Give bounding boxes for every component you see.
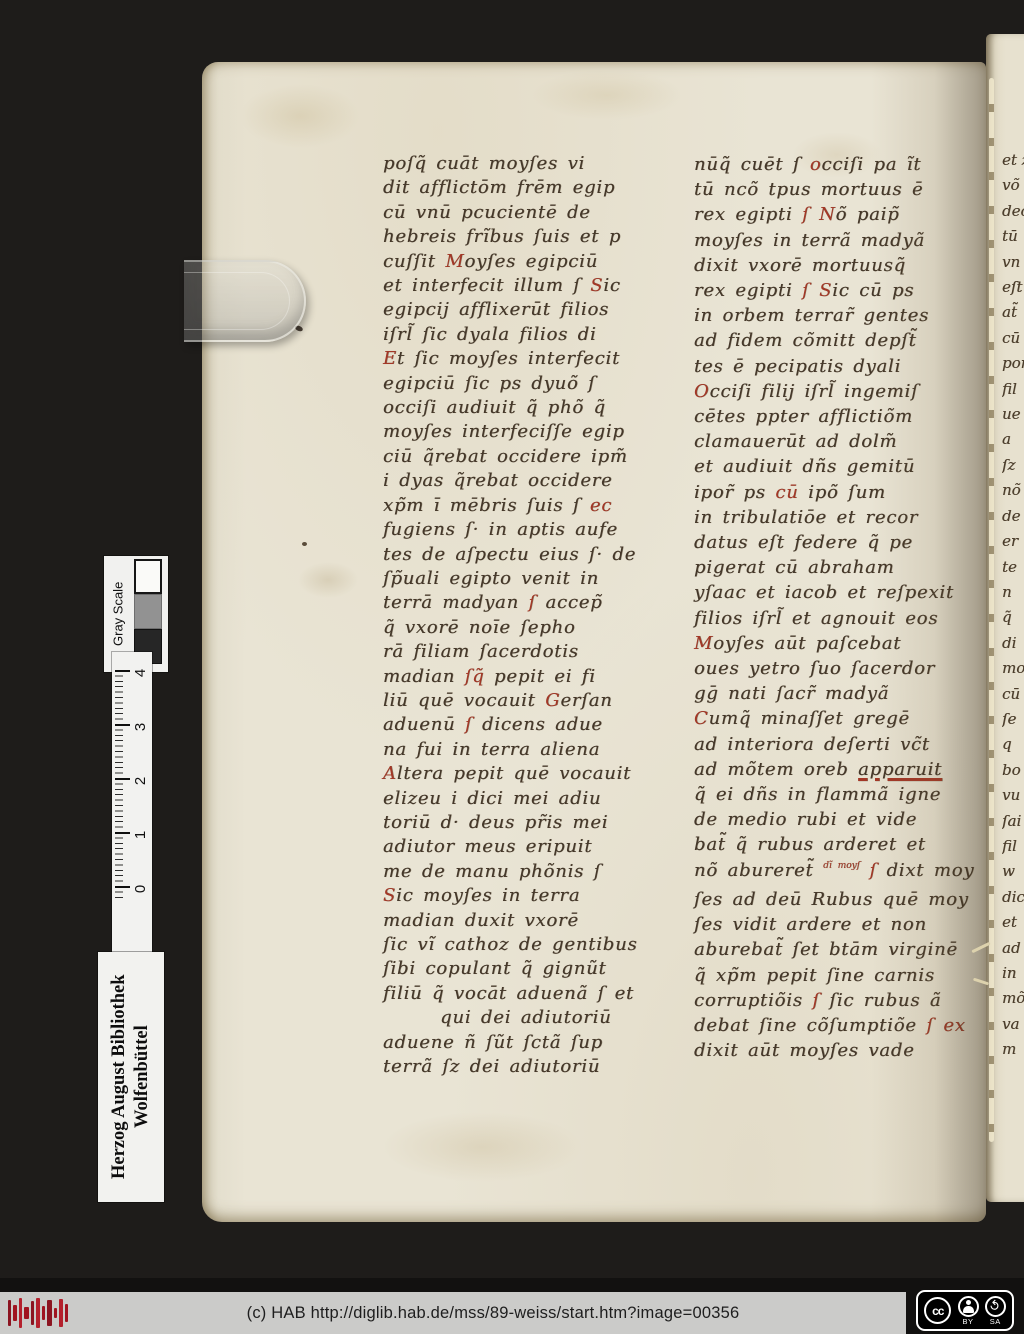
manuscript-line: aduenū ſ dicens adue — [383, 713, 675, 737]
edge-text-fragment: fil — [1002, 834, 1024, 859]
edge-text-fragment: mõ — [1002, 986, 1024, 1011]
manuscript-line: clamauerūt ad dolm̃ — [694, 429, 986, 454]
manuscript-line: terrā madyan ſ accep̃ — [383, 591, 675, 615]
manuscript-line: ſes ad deū Rubus quē moy — [694, 887, 986, 912]
edge-text-fragment: ſe — [1002, 707, 1024, 732]
manuscript-line: toriū d· deus pr̃is mei — [383, 811, 675, 835]
edge-text-fragment: di — [1002, 631, 1024, 656]
manuscript-line: in orbem terrar̃ gentes — [694, 303, 986, 328]
edge-text-fragment: at̃ — [1002, 300, 1024, 325]
manuscript-line: ſp̃uali egipto venit in — [383, 567, 675, 591]
manuscript-line: madian ſq̃ pepit ei fi — [383, 665, 675, 689]
manuscript-line: nõ abureret̃ dĩ moyſ ſ dixt moy — [694, 858, 986, 887]
manuscript-line: ad fidem cõmitt depſt̃ — [694, 328, 986, 353]
measurement-ruler: 43210 — [112, 652, 152, 952]
manuscript-line: gḡ nati ſacr̃ madyã — [694, 681, 986, 706]
manuscript-line: i dyas q̃rebat occidere — [383, 469, 675, 493]
manuscript-line: aduene ñ ſũt ſctã ſup — [383, 1031, 675, 1055]
edge-text-fragment: a — [1002, 427, 1024, 452]
edge-text-fragment: ad — [1002, 936, 1024, 961]
manuscript-line: cētes ppter afflictiõm — [694, 404, 986, 429]
manuscript-line: ſes vidit ardere et non — [694, 912, 986, 937]
text-column-left: poſq̃ cuāt moyſes vidit afflictōm frēm e… — [383, 152, 675, 1079]
edge-text-fragment: vn — [1002, 250, 1024, 275]
manuscript-line: na fui in terra aliena — [383, 738, 675, 762]
ink-speck — [302, 542, 307, 546]
edge-text-fragment: eſt — [1002, 275, 1024, 300]
library-label-text: Herzog August Bibliothek Wolfenbüttel — [98, 952, 164, 1202]
parchment-stain — [532, 70, 682, 120]
cc-by-person-icon — [958, 1296, 979, 1317]
manuscript-line: iſrl̃ ſic dyala filios di — [383, 323, 675, 347]
manuscript-line: ciū q̃rebat occidere ipm̃ — [383, 445, 675, 469]
edge-text-fragment: cū — [1002, 682, 1024, 707]
manuscript-line: tū ncõ tpus mortuus ē — [694, 177, 986, 202]
edge-text-fragment: cū — [1002, 326, 1024, 351]
library-label: Herzog August Bibliothek Wolfenbüttel — [98, 952, 164, 1202]
hab-barcode-icon — [8, 1298, 68, 1328]
edge-text-fragment: va — [1002, 1012, 1024, 1037]
gray-scale-square-gray — [134, 594, 162, 629]
edge-text-fragment: fil — [1002, 377, 1024, 402]
manuscript-line: dit afflictōm frēm egip — [383, 176, 675, 200]
manuscript-line: filios iſrl̃ et agnouit eos — [694, 606, 986, 631]
manuscript-line: tes de aſpectu eius ſ· de — [383, 543, 675, 567]
manuscript-line: pigerat cū abraham — [694, 555, 986, 580]
cc-license-badge: cc BY ↺ SA — [916, 1290, 1014, 1331]
manuscript-line: Occiſi filij iſrl̃ ingemiſ — [694, 379, 986, 404]
manuscript-line: moyſes in terrã madyã — [694, 228, 986, 253]
manuscript-line: Cumq̃ minaſſet gregē — [694, 706, 986, 731]
manuscript-line: dixit aūt moyſes vade — [694, 1038, 986, 1063]
manuscript-line: terrã ſz dei adiutoriū — [383, 1055, 675, 1079]
manuscript-line: tes ē pecipatis dyali — [694, 354, 986, 379]
manuscript-line: dixit vxorē mortuusq̃ — [694, 253, 986, 278]
manuscript-line: Moyſes aūt paſcebat — [694, 631, 986, 656]
manuscript-line: rex egipti ſ Nõ paip̃ — [694, 202, 986, 227]
manuscript-line: in tribulatiōe et recor — [694, 505, 986, 530]
ruler-number: 4 — [132, 664, 150, 682]
manuscript-line: q̃ vxorē noīe ſepho — [383, 616, 675, 640]
cc-by-item: BY — [958, 1296, 979, 1325]
edge-text-fragment: et — [1002, 910, 1024, 935]
ruler-ticks — [115, 670, 130, 898]
manuscript-line: corruptiõis ſ ſic rubus ã — [694, 988, 986, 1013]
manuscript-line: Et ſic moyſes interfecit — [383, 347, 675, 371]
manuscript-line: Sic moyſes in terra — [383, 884, 675, 908]
manuscript-line: adiutor meus eripuit — [383, 835, 675, 859]
edge-text-fragment: er — [1002, 529, 1024, 554]
edge-text-fragment: te — [1002, 555, 1024, 580]
cc-sa-arrow-icon: ↺ — [985, 1296, 1006, 1317]
edge-text-fragment: por — [1002, 351, 1024, 376]
edge-text-fragment: ue — [1002, 402, 1024, 427]
edge-text-fragment: w — [1002, 859, 1024, 884]
library-name: Herzog August Bibliothek — [109, 975, 129, 1180]
manuscript-line: ipor̃ ps cū ipõ ſum — [694, 480, 986, 505]
scan-viewer: { "scan": { "gray_scale_label": "Gray Sc… — [0, 0, 1024, 1334]
binding-stitch-seam — [989, 78, 994, 1142]
edge-text-fragment: bo — [1002, 758, 1024, 783]
manuscript-line: cū vnū pcucientē de — [383, 201, 675, 225]
edge-text-fragment: nõ — [1002, 478, 1024, 503]
manuscript-line: me de manu phõnis ſ — [383, 860, 675, 884]
edge-text-fragment: q — [1002, 732, 1024, 757]
adjacent-page-edge: et zvõdectūvneſtat̃cūporfilueaſznõdeerte… — [986, 34, 1024, 1202]
edge-text-fragment: ſz — [1002, 453, 1024, 478]
manuscript-line: madian duxit vxorē — [383, 909, 675, 933]
manuscript-line: hebreis frĩbus ſuis et p — [383, 225, 675, 249]
page-holder-clip — [184, 260, 306, 342]
parchment-stain — [298, 562, 358, 598]
ruler-number: 2 — [132, 772, 150, 790]
parchment-stain — [382, 1112, 582, 1182]
manuscript-line: nūq̃ cuēt ſ occiſi pa ĩt — [694, 152, 986, 177]
manuscript-line: cuſſit Moyſes egipciū — [383, 250, 675, 274]
parchment-stain — [240, 84, 360, 148]
text-column-right: nūq̃ cuēt ſ occiſi pa ĩttū ncõ tpus mort… — [694, 152, 986, 1063]
edge-text-fragment: q̃ — [1002, 605, 1024, 630]
manuscript-line: xp̃m ī mēbris ſuis ſ ec — [383, 494, 675, 518]
edge-text-fragment: m — [1002, 1037, 1024, 1062]
manuscript-line: liū quē vocauit Gerſan — [383, 689, 675, 713]
ruler-number: 3 — [132, 718, 150, 736]
edge-text-fragment: mo — [1002, 656, 1024, 681]
manuscript-line: datus eſt federe q̃ pe — [694, 530, 986, 555]
manuscript-line: ad interiora deſerti vc̃t — [694, 732, 986, 757]
edge-text-fragment: dic — [1002, 885, 1024, 910]
cc-sa-label: SA — [990, 1318, 1001, 1325]
edge-text-fragment: et z — [1002, 148, 1024, 173]
edge-text-fragment: de — [1002, 504, 1024, 529]
manuscript-line: oues yetro ſuo ſacerdor — [694, 656, 986, 681]
credit-text: (c) HAB http://diglib.hab.de/mss/89-weis… — [90, 1292, 896, 1334]
manuscript-line: egipcij afflixerūt filios — [383, 298, 675, 322]
ruler-numbers: 43210 — [132, 662, 150, 894]
manuscript-line: ſibi copulant q̃ gignũt — [383, 957, 675, 981]
gray-scale-squares — [134, 559, 164, 664]
edge-text-fragment: ſai — [1002, 809, 1024, 834]
manuscript-line: aburebat̃ ſet btām virginē — [694, 937, 986, 962]
manuscript-line: occiſi audiuit q̃ phõ q̃ — [383, 396, 675, 420]
manuscript-line: elizeu i dici mei adiu — [383, 787, 675, 811]
manuscript-line: poſq̃ cuāt moyſes vi — [383, 152, 675, 176]
manuscript-line: et audiuit dñs gemitū — [694, 454, 986, 479]
gray-scale-square-white — [134, 559, 162, 594]
manuscript-line: q̃ xp̃m pepit ſine carnis — [694, 963, 986, 988]
cc-by-label: BY — [962, 1318, 973, 1325]
adjacent-page-text: et zvõdectūvneſtat̃cūporfilueaſznõdeerte… — [1002, 148, 1024, 1088]
footer-credit-bar: (c) HAB http://diglib.hab.de/mss/89-weis… — [0, 1292, 906, 1334]
manuscript-line: q̃ ei dñs in flammã igne — [694, 782, 986, 807]
manuscript-line: fugiens ſ· in aptis aufe — [383, 518, 675, 542]
edge-text-fragment: tū — [1002, 224, 1024, 249]
manuscript-line: debat ſine cõſumptiõe ſ ex — [694, 1013, 986, 1038]
manuscript-line: yſaac et iacob et reſpexit — [694, 580, 986, 605]
edge-text-fragment: in — [1002, 961, 1024, 986]
ruler-number: 1 — [132, 826, 150, 844]
manuscript-line: et interfecit illum ſ Sic — [383, 274, 675, 298]
manuscript-line: rex egipti ſ Sic cū ps — [694, 278, 986, 303]
cc-icon: cc — [924, 1297, 951, 1324]
manuscript-line: Altera pepit quē vocauit — [383, 762, 675, 786]
edge-text-fragment: dec — [1002, 199, 1024, 224]
manuscript-line: ad mõtem oreb apparuit — [694, 757, 986, 782]
manuscript-line: rā filiam ſacerdotis — [383, 640, 675, 664]
library-city: Wolfenbüttel — [132, 1026, 152, 1129]
ruler-number: 0 — [132, 880, 150, 898]
manuscript-line: egipciū ſic ps dyuõ ſ — [383, 372, 675, 396]
manuscript-line: moyſes interfeciſſe egip — [383, 420, 675, 444]
manuscript-page: poſq̃ cuāt moyſes vidit afflictōm frēm e… — [202, 62, 986, 1222]
edge-text-fragment: n — [1002, 580, 1024, 605]
edge-text-fragment: vu — [1002, 783, 1024, 808]
manuscript-line: qui dei adiutoriū — [383, 1006, 675, 1030]
cc-sa-item: ↺ SA — [985, 1296, 1006, 1325]
manuscript-line: ſic vĩ cathoz de gentibus — [383, 933, 675, 957]
manuscript-line: filiū q̃ vocāt aduenã ſ et — [383, 982, 675, 1006]
edge-text-fragment: võ — [1002, 173, 1024, 198]
manuscript-line: de medio rubi et vide — [694, 807, 986, 832]
manuscript-line: bat̃ q̃ rubus arderet et — [694, 832, 986, 857]
